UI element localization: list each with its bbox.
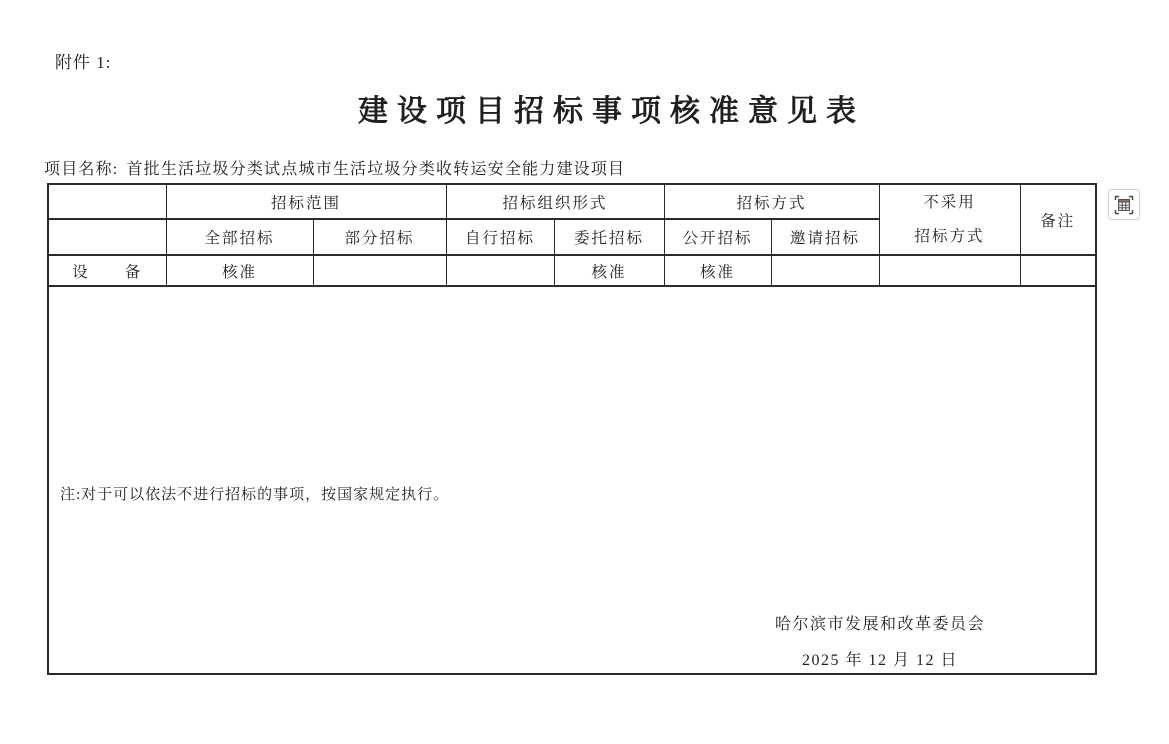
subheader-self-bidding: 自行招标 xyxy=(446,219,554,255)
document-page: { "doc": { "attachment_label": "附件 1:", … xyxy=(0,0,1169,744)
header-bidding-scope: 招标范围 xyxy=(166,184,446,219)
cell-self-bidding xyxy=(446,255,554,286)
project-name-value: 首批生活垃圾分类试点城市生活垃圾分类收转运安全能力建设项目 xyxy=(126,161,625,178)
subheader-open-bidding: 公开招标 xyxy=(664,219,771,255)
header-no-bidding-line1: 不采用 xyxy=(880,186,1020,220)
subheader-all-bidding: 全部招标 xyxy=(166,219,313,255)
table-header-row-groups: 招标范围 招标组织形式 招标方式 不采用 招标方式 备注 xyxy=(48,184,1096,219)
subheader-invited-bidding: 邀请招标 xyxy=(771,219,879,255)
approval-table: 招标范围 招标组织形式 招标方式 不采用 招标方式 备注 全部招标 部分招标 自… xyxy=(47,183,1097,675)
corner-cell-top xyxy=(48,184,166,219)
header-bidding-method: 招标方式 xyxy=(664,184,879,219)
table-body-row: 注:对于可以依法不进行招标的事项，按国家规定执行。 哈尔滨市发展和改革委员会 2… xyxy=(48,286,1096,674)
project-name-line: 项目名称:首批生活垃圾分类试点城市生活垃圾分类收转运安全能力建设项目 xyxy=(44,156,625,179)
cell-invited-bidding xyxy=(771,255,879,286)
signature-block: 哈尔滨市发展和改革委员会 2025 年 12 月 12 日 xyxy=(700,607,1060,674)
table-note: 注:对于可以依法不进行招标的事项，按国家规定执行。 xyxy=(60,483,449,504)
cell-all-bidding: 核准 xyxy=(166,255,313,286)
subheader-entrusted-bidding: 委托招标 xyxy=(554,219,664,255)
cell-remarks xyxy=(1020,255,1096,286)
cell-partial-bidding xyxy=(313,255,446,286)
signature-organization: 哈尔滨市发展和改革委员会 xyxy=(700,607,1060,643)
table-select-icon xyxy=(1113,194,1135,216)
header-no-bidding-line2: 招标方式 xyxy=(880,220,1020,254)
table-tool-button[interactable] xyxy=(1108,189,1140,220)
row-item-name: 设 备 xyxy=(48,255,166,286)
document-title: 建设项目招标事项核准意见表 xyxy=(54,86,1169,130)
table-body-cell: 注:对于可以依法不进行招标的事项，按国家规定执行。 哈尔滨市发展和改革委员会 2… xyxy=(48,286,1096,674)
cell-no-bidding xyxy=(879,255,1020,286)
subheader-partial-bidding: 部分招标 xyxy=(313,219,446,255)
header-no-bidding: 不采用 招标方式 xyxy=(879,184,1020,255)
project-name-label: 项目名称: xyxy=(44,161,118,178)
attachment-label: 附件 1: xyxy=(55,48,111,73)
cell-entrusted-bidding: 核准 xyxy=(554,255,664,286)
header-remarks: 备注 xyxy=(1020,184,1096,255)
header-bidding-organization: 招标组织形式 xyxy=(446,184,664,219)
table-row-equipment: 设 备 核准 核准 核准 xyxy=(48,255,1096,286)
cell-open-bidding: 核准 xyxy=(664,255,771,286)
signature-date: 2025 年 12 月 12 日 xyxy=(700,643,1060,674)
corner-cell-bottom xyxy=(48,219,166,255)
